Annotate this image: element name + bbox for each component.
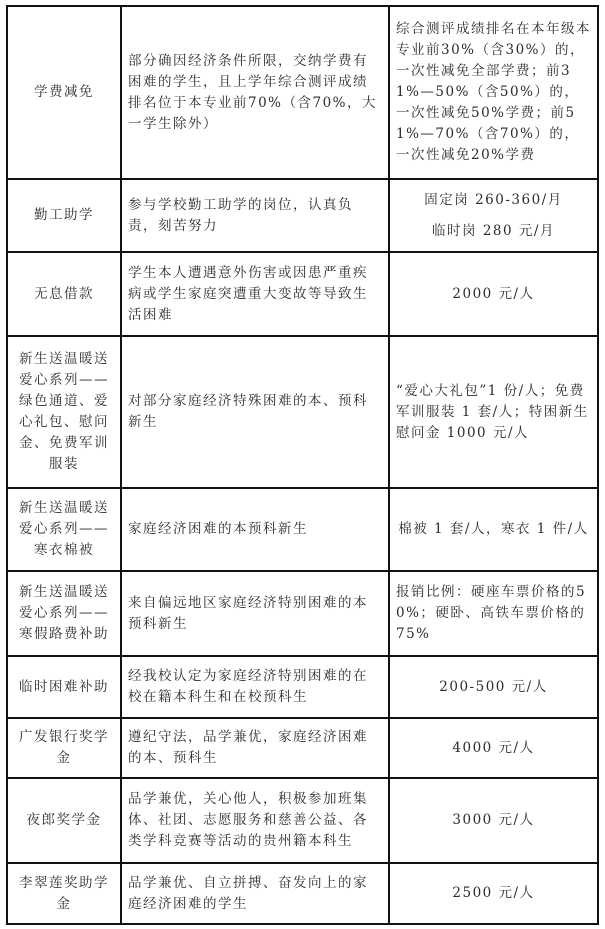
aid-condition-cell: 对部分家庭经济特殊困难的本、预科新生 — [121, 336, 389, 488]
aid-standard-cell: 综合测评成绩排名在本年级本专业前30%（含30%）的，一次性减免全部学费；前31… — [389, 6, 598, 179]
aid-name-cell: 广发银行奖学金 — [7, 718, 121, 778]
aid-name-cell: 无息借款 — [7, 252, 121, 336]
aid-condition-cell: 学生本人遭遇意外伤害或因患严重疾病或学生家庭突遭重大变故等导致生活困难 — [121, 252, 389, 336]
aid-name-cell: 新生送温暖送爱心系列——绿色通道、爱心礼包、慰问金、免费军训服装 — [7, 336, 121, 488]
aid-condition-cell: 来自偏远地区家庭经济特别困难的本预科新生 — [121, 571, 389, 656]
table-row-work-study: 勤工助学 参与学校勤工助学的岗位，认真负责，刻苦努力 固定岗 260-360/月… — [7, 179, 598, 252]
aid-condition-cell: 品学兼优、自立拼搏、奋发向上的家庭经济困难的学生 — [121, 863, 389, 924]
financial-aid-table: 学费减免 部分确因经济条件所限，交纳学费有困难的学生，且上学年综合测评成绩排名位… — [6, 5, 599, 925]
aid-standard-cell: 固定岗 260-360/月 临时岗 280 元/月 — [389, 179, 598, 252]
aid-condition-cell: 家庭经济困难的本预科新生 — [121, 488, 389, 571]
aid-standard-cell: 4000 元/人 — [389, 718, 598, 778]
table-row-yelang-scholarship: 夜郎奖学金 品学兼优，关心他人，积极参加班集体、社团、志愿服务和慈善公益、各类学… — [7, 778, 598, 863]
aid-name-cell: 新生送温暖送爱心系列——寒假路费补助 — [7, 571, 121, 656]
aid-name-cell: 李翠莲奖助学金 — [7, 863, 121, 924]
aid-standard-cell: 2000 元/人 — [389, 252, 598, 336]
table-row-temporary-hardship: 临时困难补助 经我校认定为家庭经济特别困难的在校在籍本科生和在校预科生 200-… — [7, 656, 598, 718]
aid-condition-cell: 遵纪守法，品学兼优，家庭经济困难的本、预科生 — [121, 718, 389, 778]
table-row-freshman-winter-clothes: 新生送温暖送爱心系列——寒衣棉被 家庭经济困难的本预科新生 棉被 1 套/人，寒… — [7, 488, 598, 571]
aid-standard-cell: “爱心大礼包”1 份/人；免费军训服装 1 套/人；特困新生慰问金 1000 元… — [389, 336, 598, 488]
table-row-interest-free-loan: 无息借款 学生本人遭遇意外伤害或因患严重疾病或学生家庭突遭重大变故等导致生活困难… — [7, 252, 598, 336]
aid-condition-cell: 参与学校勤工助学的岗位，认真负责，刻苦努力 — [121, 179, 389, 252]
table-row-cgb-scholarship: 广发银行奖学金 遵纪守法，品学兼优，家庭经济困难的本、预科生 4000 元/人 — [7, 718, 598, 778]
aid-name-cell: 临时困难补助 — [7, 656, 121, 718]
table-row-freshman-travel-subsidy: 新生送温暖送爱心系列——寒假路费补助 来自偏远地区家庭经济特别困难的本预科新生 … — [7, 571, 598, 656]
aid-name-cell: 学费减免 — [7, 6, 121, 179]
aid-standard-cell: 2500 元/人 — [389, 863, 598, 924]
aid-standard-cell: 棉被 1 套/人，寒衣 1 件/人 — [389, 488, 598, 571]
aid-name-cell: 勤工助学 — [7, 179, 121, 252]
table-row-freshman-green-channel: 新生送温暖送爱心系列——绿色通道、爱心礼包、慰问金、免费军训服装 对部分家庭经济… — [7, 336, 598, 488]
aid-name-cell: 新生送温暖送爱心系列——寒衣棉被 — [7, 488, 121, 571]
fixed-post-rate: 固定岗 260-360/月 — [396, 190, 591, 211]
aid-standard-cell: 报销比例：硬座车票价格的50%；硬卧、高铁车票价格的75% — [389, 571, 598, 656]
aid-condition-cell: 经我校认定为家庭经济特别困难的在校在籍本科生和在校预科生 — [121, 656, 389, 718]
aid-standard-cell: 200-500 元/人 — [389, 656, 598, 718]
table-row-licuilian-scholarship: 李翠莲奖助学金 品学兼优、自立拼搏、奋发向上的家庭经济困难的学生 2500 元/… — [7, 863, 598, 924]
aid-standard-cell: 3000 元/人 — [389, 778, 598, 863]
temporary-post-rate: 临时岗 280 元/月 — [396, 221, 591, 242]
table-row-tuition-waiver: 学费减免 部分确因经济条件所限，交纳学费有困难的学生，且上学年综合测评成绩排名位… — [7, 6, 598, 179]
aid-condition-cell: 部分确因经济条件所限，交纳学费有困难的学生，且上学年综合测评成绩排名位于本专业前… — [121, 6, 389, 179]
aid-condition-cell: 品学兼优，关心他人，积极参加班集体、社团、志愿服务和慈善公益、各类学科竞赛等活动… — [121, 778, 389, 863]
aid-name-cell: 夜郎奖学金 — [7, 778, 121, 863]
